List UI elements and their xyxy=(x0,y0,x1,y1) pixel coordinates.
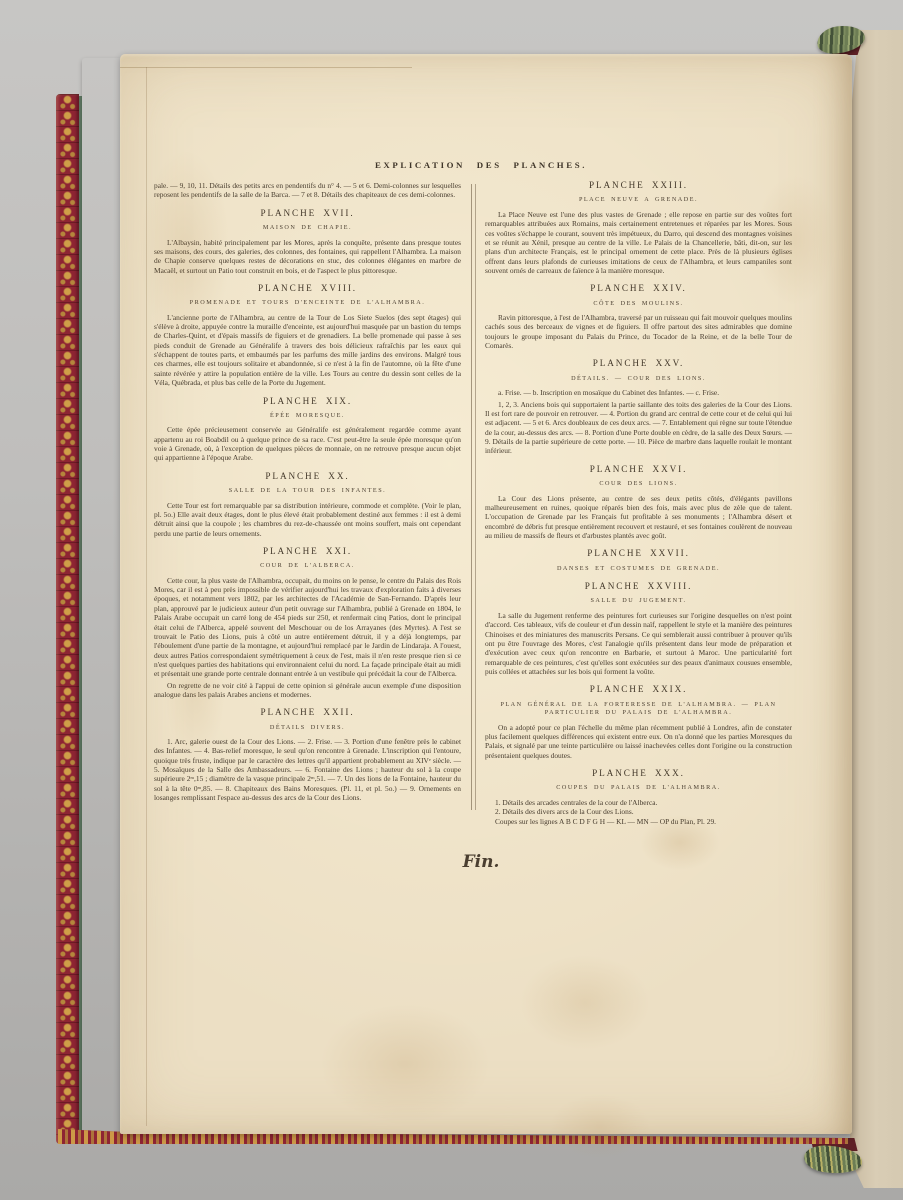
plate-subtitle: COUPES DU PALAIS DE L'ALHAMBRA. xyxy=(485,784,792,793)
plate-subtitle: DÉTAILS DIVERS. xyxy=(154,724,461,733)
section-planche-xxii: PLANCHE XXII. DÉTAILS DIVERS. 1. Arc, ga… xyxy=(154,708,461,802)
right-column: PLANCHE XXIII. PLACE NEUVE A GRENADE. La… xyxy=(485,181,792,826)
plate-subtitle: MAISON DE CHAPIE. xyxy=(154,224,461,233)
section-planche-xix: PLANCHE XIX. ÉPÉE MORESQUE. Cette épée p… xyxy=(154,397,461,463)
plate-subtitle: PLAN GÉNÉRAL DE LA FORTERESSE DE L'ALHAM… xyxy=(485,701,792,718)
plate-subtitle: SALLE DE LA TOUR DES INFANTES. xyxy=(154,487,461,496)
section-planche-xxx: PLANCHE XXX. COUPES DU PALAIS DE L'ALHAM… xyxy=(485,769,792,826)
facing-page-edge xyxy=(850,30,903,1188)
section-planche-xx: PLANCHE XX. SALLE DE LA TOUR DES INFANTE… xyxy=(154,472,461,538)
section-planche-xxvii: PLANCHE XXVII. DANSES ET COSTUMES DE GRE… xyxy=(485,549,792,573)
typeset-area: EXPLICATION DES PLANCHES. pale. — 9, 10,… xyxy=(154,160,808,872)
section-planche-xviii: PLANCHE XVIII. PROMENADE ET TOURS D'ENCE… xyxy=(154,284,461,388)
plate-title: PLANCHE XXII. xyxy=(154,708,461,717)
page-stack-edges xyxy=(82,58,120,1138)
book-page: EXPLICATION DES PLANCHES. pale. — 9, 10,… xyxy=(120,54,852,1134)
paragraph: 1. Arc, galerie ouest de la Cour des Lio… xyxy=(154,737,461,802)
plate-subtitle: ÉPÉE MORESQUE. xyxy=(154,412,461,421)
plate-title: PLANCHE XXVI. xyxy=(485,465,792,474)
plate-subtitle: COUR DE L'ALBERCA. xyxy=(154,562,461,571)
plate-title: PLANCHE XX. xyxy=(154,472,461,481)
paragraph: La Cour des Lions présente, au centre de… xyxy=(485,494,792,541)
paragraph: La salle du Jugement renferme des peintu… xyxy=(485,611,792,676)
plate-title: PLANCHE XVIII. xyxy=(154,284,461,293)
section-planche-xxiv: PLANCHE XXIV. CÔTE DES MOULINS. Ravin pi… xyxy=(485,284,792,350)
section-planche-xxiii: PLANCHE XXIII. PLACE NEUVE A GRENADE. La… xyxy=(485,181,792,275)
list-item: 1. Détails des arcades centrales de la c… xyxy=(485,798,792,807)
paragraph: Cette Tour est fort remarquable par sa d… xyxy=(154,501,461,538)
paragraph: a. Frise. — b. Inscription en mosaïque d… xyxy=(485,388,792,397)
foxing-stain xyxy=(550,1094,650,1159)
plate-title: PLANCHE XXVII. xyxy=(485,549,792,558)
gilt-spine-edge xyxy=(56,94,79,1144)
plate-subtitle: CÔTE DES MOULINS. xyxy=(485,300,792,309)
finis-ornament: Fin. xyxy=(154,852,808,872)
paragraph: L'Albaysin, habité principalement par le… xyxy=(154,238,461,275)
two-column-layout: pale. — 9, 10, 11. Détails des petits ar… xyxy=(154,181,808,826)
plate-subtitle: SALLE DU JUGEMENT. xyxy=(485,597,792,606)
plate-title: PLANCHE XVII. xyxy=(154,209,461,218)
plate-title: PLANCHE XIX. xyxy=(154,397,461,406)
plate-title: PLANCHE XXV. xyxy=(485,359,792,368)
page-title: EXPLICATION DES PLANCHES. xyxy=(154,160,808,170)
paragraph: Cette cour, la plus vaste de l'Alhambra,… xyxy=(154,576,461,679)
plate-title: PLANCHE XXIII. xyxy=(485,181,792,190)
sheet-edge xyxy=(120,67,412,68)
paragraph: 1, 2, 3. Anciens bois qui supportaient l… xyxy=(485,400,792,456)
plate-subtitle: DÉTAILS. — COUR DES LIONS. xyxy=(485,375,792,384)
section-planche-xxviii: PLANCHE XXVIII. SALLE DU JUGEMENT. La sa… xyxy=(485,582,792,676)
section-continuation: pale. — 9, 10, 11. Détails des petits ar… xyxy=(154,181,461,200)
foxing-stain xyxy=(320,1004,490,1124)
book-photo: EXPLICATION DES PLANCHES. pale. — 9, 10,… xyxy=(0,0,903,1200)
list-item: Coupes sur les lignes A B C D F G H — KL… xyxy=(485,817,792,826)
paragraph: pale. — 9, 10, 11. Détails des petits ar… xyxy=(154,181,461,200)
plate-title: PLANCHE XXX. xyxy=(485,769,792,778)
plate-subtitle: COUR DES LIONS. xyxy=(485,480,792,489)
section-planche-xxi: PLANCHE XXI. COUR DE L'ALBERCA. Cette co… xyxy=(154,547,461,699)
plate-title: PLANCHE XXIX. xyxy=(485,685,792,694)
paragraph: On regrette de ne voir cité à l'appui de… xyxy=(154,681,461,700)
section-planche-xxvi: PLANCHE XXVI. COUR DES LIONS. La Cour de… xyxy=(485,465,792,541)
sheet-edge xyxy=(146,67,147,1126)
plate-subtitle: PROMENADE ET TOURS D'ENCEINTE DE L'ALHAM… xyxy=(154,299,461,308)
plate-subtitle: PLACE NEUVE A GRENADE. xyxy=(485,196,792,205)
section-planche-xxix: PLANCHE XXIX. PLAN GÉNÉRAL DE LA FORTERE… xyxy=(485,685,792,760)
paragraph: La Place Neuve est l'une des plus vastes… xyxy=(485,210,792,275)
plate-subtitle: DANSES ET COSTUMES DE GRENADE. xyxy=(485,565,792,574)
column-divider-rule xyxy=(471,184,476,810)
paragraph: L'ancienne porte de l'Alhambra, au centr… xyxy=(154,313,461,388)
paragraph: Cette épée précieusement conservée au Gé… xyxy=(154,425,461,462)
left-column: pale. — 9, 10, 11. Détails des petits ar… xyxy=(154,181,461,826)
section-planche-xxv: PLANCHE XXV. DÉTAILS. — COUR DES LIONS. … xyxy=(485,359,792,455)
paragraph: Ravin pittoresque, à l'est de l'Alhambra… xyxy=(485,313,792,350)
paragraph: On a adopté pour ce plan l'échelle du mê… xyxy=(485,723,792,760)
list-item: 2. Détails des divers arcs de la Cour de… xyxy=(485,807,792,816)
section-planche-xvii: PLANCHE XVII. MAISON DE CHAPIE. L'Albays… xyxy=(154,209,461,275)
plate-title: PLANCHE XXI. xyxy=(154,547,461,556)
plate-title: PLANCHE XXIV. xyxy=(485,284,792,293)
plate-title: PLANCHE XXVIII. xyxy=(485,582,792,591)
